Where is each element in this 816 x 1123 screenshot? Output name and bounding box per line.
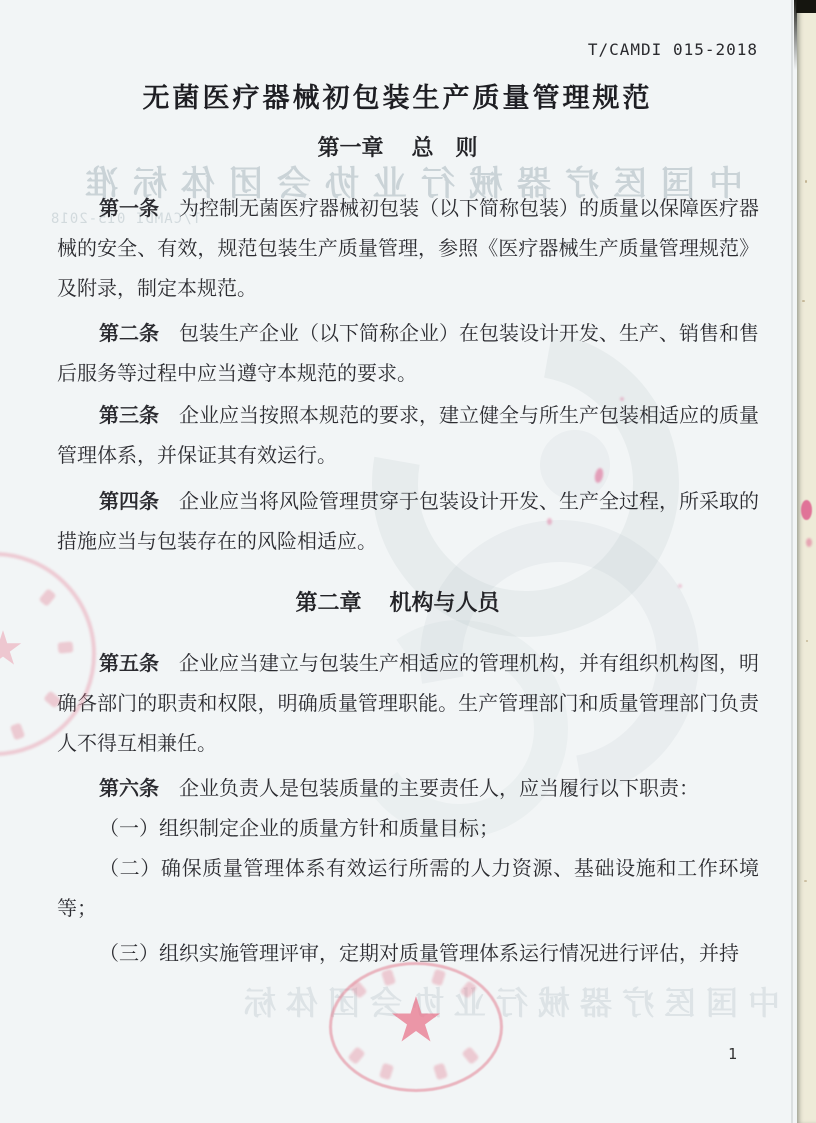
chapter-title: 机构与人员 xyxy=(390,590,500,615)
article-6: 第六条企业负责人是包装质量的主要责任人，应当履行以下职责： xyxy=(57,769,759,809)
edge-ink-speck xyxy=(806,538,812,547)
edge-speck xyxy=(805,180,807,183)
document-title: 无菌医疗器械初包装生产质量管理规范 xyxy=(0,76,795,115)
page-crease xyxy=(791,0,793,1123)
official-seal-stamp xyxy=(329,962,499,1092)
bleedthrough-series-title-bottom: 中国医疗器械行业协会团体标准 xyxy=(240,978,780,1024)
article-1: 第一条为控制无菌医疗器械初包装（以下简称包装）的质量以保障医疗器械的安全、有效，… xyxy=(57,189,759,309)
article-number: 第六条 xyxy=(99,778,159,800)
seal-glyph-mark xyxy=(58,641,74,653)
article-6-item-1: （一）组织制定企业的质量方针和质量目标； xyxy=(57,809,759,849)
article-text: 企业应当按照本规范的要求，建立健全与所生产包装相适应的质量管理体系，并保证其有效… xyxy=(57,405,759,467)
article-text: 包装生产企业（以下简称企业）在包装设计开发、生产、销售和售后服务等过程中应当遵守… xyxy=(57,323,759,385)
article-number: 第四条 xyxy=(99,491,159,513)
scan-edge-line xyxy=(794,0,797,70)
article-number: 第五条 xyxy=(99,653,159,675)
edge-speck xyxy=(804,880,807,882)
article-text: 为控制无菌医疗器械初包装（以下简称包装）的质量以保障医疗器械的安全、有效，规范包… xyxy=(57,198,759,300)
chapter-1-heading: 第一章总 则 xyxy=(0,131,795,162)
article-text: 企业应当将风险管理贯穿于包装设计开发、生产全过程，所采取的措施应当与包装存在的风… xyxy=(57,491,759,553)
scan-edge-strip xyxy=(797,0,816,1123)
chapter-number: 第一章 xyxy=(317,135,383,160)
chapter-2-heading: 第二章机构与人员 xyxy=(0,586,795,617)
ink-speck xyxy=(678,584,682,588)
article-4: 第四条企业应当将风险管理贯穿于包装设计开发、生产全过程，所采取的措施应当与包装存… xyxy=(57,482,759,562)
ink-speck xyxy=(547,518,552,525)
chapter-title: 总 则 xyxy=(412,135,478,160)
edge-speck xyxy=(802,300,805,302)
edge-speck xyxy=(806,640,808,642)
article-text: 企业应当建立与包装生产相适应的管理机构，并有组织机构图，明确各部门的职责和权限，… xyxy=(57,653,759,755)
document-page: 中国医疗器械行业协会团体标准 T/CAMDI 015-2018 中国医疗器械行业… xyxy=(0,0,816,1123)
article-text: 企业负责人是包装质量的主要责任人，应当履行以下职责： xyxy=(179,778,699,800)
page-number: 1 xyxy=(728,1045,737,1063)
ink-speck xyxy=(620,397,624,401)
article-3: 第三条企业应当按照本规范的要求，建立健全与所生产包装相适应的质量管理体系，并保证… xyxy=(57,396,759,476)
standard-number: T/CAMDI 015-2018 xyxy=(588,40,758,59)
article-number: 第一条 xyxy=(99,198,159,220)
article-6-item-2: （二）确保质量管理体系有效运行所需的人力资源、基础设施和工作环境等； xyxy=(57,849,759,929)
article-number: 第二条 xyxy=(99,323,159,345)
article-2: 第二条包装生产企业（以下简称企业）在包装设计开发、生产、销售和售后服务等过程中应… xyxy=(57,314,759,394)
chapter-number: 第二章 xyxy=(295,590,361,615)
scan-edge-corner xyxy=(796,0,816,13)
article-number: 第三条 xyxy=(99,405,159,427)
bleedthrough-seal-left xyxy=(0,552,92,752)
article-5: 第五条企业应当建立与包装生产相适应的管理机构，并有组织机构图，明确各部门的职责和… xyxy=(57,644,759,764)
edge-ink-blotch xyxy=(801,500,812,520)
